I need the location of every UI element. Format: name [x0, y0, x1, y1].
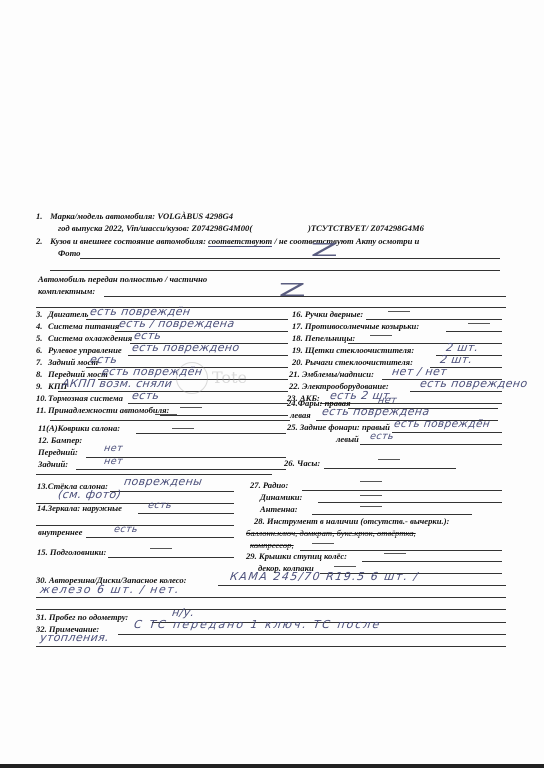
odometer-label: 31. Пробег по одометру:	[36, 612, 128, 622]
decor-caps-value	[334, 566, 356, 567]
accessories-dash	[155, 414, 177, 415]
item-label: Щетки стеклоочистителя:	[305, 345, 414, 355]
item1-number: 1.	[36, 211, 48, 221]
bumper-front-value: нет	[103, 444, 123, 454]
tires-line	[218, 585, 506, 586]
tires-value-2: железо 6 шт. / нет.	[39, 585, 180, 595]
item-number: 22.	[289, 381, 300, 391]
bumper-front-label: Передний:	[38, 447, 78, 457]
hubcaps-line	[362, 561, 502, 562]
item-number: 4.	[36, 321, 48, 331]
tools-label: 28. Инструмент в наличии (отсутств.- выч…	[254, 516, 449, 526]
left-item-value: есть / повреждена	[118, 319, 235, 329]
vin-label: Vin/шасси/кузов:	[126, 223, 189, 233]
left-item-value	[180, 407, 202, 408]
photo-z-mark: Z	[311, 240, 338, 261]
body-condition-label: Кузов и внешнее состояние автомобиля:	[50, 236, 206, 246]
vehicle-handover-form: 1. Марка/модель автомобиля: VOLGÀBUS 429…	[0, 0, 544, 768]
right-item-label: 16. Ручки дверные:	[292, 309, 363, 319]
vin-value: Z074298G4M00(	[192, 223, 253, 233]
mirrors-inner-line	[86, 537, 234, 538]
left-item-value: АКПП возм. сняли	[61, 379, 173, 389]
bumper-label: 12. Бампер:	[38, 435, 82, 445]
item-number: 5.	[36, 333, 48, 343]
watermark-text: Tote	[212, 368, 247, 387]
clock-label: 26. Часы:	[284, 458, 320, 468]
item-number: 19.	[292, 345, 303, 355]
item-number: 21.	[289, 369, 300, 379]
right-item-label: 17. Противосолнечные козырьки:	[292, 321, 419, 331]
headlights-left-value: есть повреждена	[321, 407, 430, 417]
speakers-line	[318, 502, 502, 503]
item-line	[128, 355, 288, 356]
floor-mats-line	[136, 433, 286, 434]
radio-value	[360, 481, 382, 482]
option-separator: /	[272, 236, 279, 246]
taillights-left-label: левый	[336, 434, 359, 444]
item1-year-vin: год выпуска 2022, Vin/шасси/кузов: Z0742…	[58, 223, 252, 233]
item-line	[160, 415, 288, 416]
tools-list-line2: компрессор,	[250, 540, 294, 550]
mirrors-outer-value: есть	[147, 501, 172, 511]
item-number: 18.	[292, 333, 303, 343]
taillights-left-value: есть	[369, 432, 394, 442]
speakers-label: Динамики:	[260, 492, 302, 502]
item-line	[58, 391, 288, 392]
item-number: 10.	[36, 393, 48, 403]
left-item-label: 4.Система питания	[36, 321, 119, 331]
right-item-value	[388, 311, 410, 312]
radio-line	[302, 490, 502, 491]
item-number: 7.	[36, 357, 48, 367]
item1-model-label: 1. Марка/модель автомобиля: VOLGÀBUS 429…	[36, 211, 233, 221]
completeness-label-2: комплектным:	[38, 286, 95, 296]
watermark-logo-icon	[176, 362, 208, 394]
headrests-label: 15. Подголовники:	[37, 547, 106, 557]
right-item-value: 2 шт.	[439, 355, 473, 365]
left-item-value: есть повреждено	[131, 343, 240, 353]
item-number: 17.	[292, 321, 303, 331]
item-label: Двигатель	[48, 309, 88, 319]
tools-list-line1: баллонн.ключ, домкрат, букс.крюк, отвёрт…	[246, 528, 416, 538]
antenna-label: Антенна:	[260, 504, 298, 514]
chassis-value: )ТСУТСТВУЕТ/ Z074298G4M6	[308, 223, 424, 233]
clock-value	[378, 459, 400, 460]
right-item-value: нет / нет	[391, 367, 447, 377]
year-value: 2022	[105, 223, 122, 233]
item-number: 20.	[292, 357, 303, 367]
item-line	[446, 331, 502, 332]
mirrors-outer-line	[138, 513, 234, 514]
model-label: Марка/модель автомобиля:	[50, 211, 155, 221]
item-number: 3.	[36, 309, 48, 319]
glass-line	[110, 491, 234, 492]
left-item-value: есть повреждён	[89, 307, 191, 317]
mirrors-inner-label: внутреннее	[38, 527, 82, 537]
item-label: Пепельницы:	[305, 333, 355, 343]
right-item-value	[370, 335, 392, 336]
completeness-z-mark: Z	[279, 280, 306, 301]
item-label: Принадлежности автомобиля:	[48, 405, 169, 415]
right-item-label: 21. Эмблемы/надписи:	[289, 369, 374, 379]
left-item-label: 5.Система охлаждения	[36, 333, 132, 343]
item-number: 11.	[36, 405, 48, 415]
antenna-value	[360, 506, 382, 507]
clock-line	[324, 468, 456, 469]
glass-value: повреждены	[123, 477, 203, 487]
left-item-value: есть	[131, 391, 160, 401]
item2-number: 2.	[36, 236, 48, 246]
tires-line-3	[36, 609, 506, 610]
option-match: соответствуют	[208, 236, 272, 247]
year-label: год выпуска	[58, 223, 102, 233]
hubcaps-value	[384, 553, 406, 554]
note-value-2: утопления.	[39, 633, 109, 643]
right-item-value: есть повреждено	[419, 379, 528, 389]
photo-label: Фото	[58, 248, 80, 258]
note-line-2	[36, 646, 506, 647]
glass-value-2: (см. фото)	[57, 490, 122, 500]
speakers-value	[360, 495, 382, 496]
floor-mats-label: 11(А)Коврики салона:	[38, 423, 120, 433]
note-value-1: С ТС передано 1 ключ. ТС после	[133, 620, 382, 630]
item-label: Эмблемы/надписи:	[302, 369, 374, 379]
scan-bottom-edge	[0, 764, 544, 768]
left-item-label: 10.Тормозная система	[36, 393, 123, 403]
accessories-line-2	[50, 420, 290, 421]
tires-value-1: КАМА 245/70 R19.5 6 шт. /	[229, 572, 419, 582]
item2-body-condition: 2. Кузов и внешнее состояние автомобиля:…	[36, 236, 419, 246]
blank-line	[50, 270, 500, 271]
completeness-label-1: Автомобиль передан полностью / частично	[38, 274, 207, 284]
item-number: 9.	[36, 381, 48, 391]
headrests-value	[150, 548, 172, 549]
item-line	[366, 319, 502, 320]
taillights-left-line	[360, 444, 502, 445]
body-condition-suffix: Акту осмотри и	[356, 236, 419, 246]
mirrors-outer-label: 14.Зеркала: наружные	[37, 503, 122, 513]
left-item-label: 11.Принадлежности автомобиля:	[36, 405, 169, 415]
item-label: Ручки дверные:	[305, 309, 363, 319]
headlights-left-label: левая	[290, 410, 311, 420]
item-number: 6.	[36, 345, 48, 355]
odometer-value: н/у.	[171, 608, 195, 618]
photo-line	[80, 258, 500, 259]
item-label: Тормозная система	[48, 393, 123, 403]
bumper-rear-label: Задний:	[38, 459, 68, 469]
bumper-rear-value: нет	[103, 457, 123, 467]
note-line	[118, 634, 506, 635]
mirrors-inner-value: есть	[113, 525, 138, 535]
left-item-label: 3.Двигатель	[36, 309, 88, 319]
bumper-rear-line	[76, 469, 286, 470]
tools-value	[312, 543, 334, 544]
model-value: VOLGÀBUS 4298G4	[157, 211, 233, 221]
radio-label: 27. Радио:	[250, 480, 288, 490]
item-label: Противосолнечные козырьки:	[305, 321, 419, 331]
right-item-label: 18. Пепельницы:	[292, 333, 355, 343]
floor-mats-value	[172, 428, 194, 429]
left-item-value: есть	[89, 355, 118, 365]
tires-line-2	[36, 597, 506, 598]
right-item-value	[468, 323, 490, 324]
item-number: 16.	[292, 309, 303, 319]
right-item-value: 2 шт.	[445, 343, 479, 353]
taillights-right-line	[392, 432, 502, 433]
item-number: 8.	[36, 369, 48, 379]
taillights-right-value: есть повреждён	[393, 419, 491, 429]
antenna-line	[312, 514, 472, 515]
left-item-value: есть	[133, 331, 162, 341]
right-item-label: 19. Щетки стеклоочистителя:	[292, 345, 414, 355]
item-line	[128, 403, 288, 404]
item-label: Система охлаждения	[48, 333, 132, 343]
item-line	[410, 391, 502, 392]
item-label: Система питания	[48, 321, 119, 331]
headrests-line	[108, 557, 234, 558]
hubcaps-label: 29. Крышки ступиц колёс:	[246, 551, 347, 561]
